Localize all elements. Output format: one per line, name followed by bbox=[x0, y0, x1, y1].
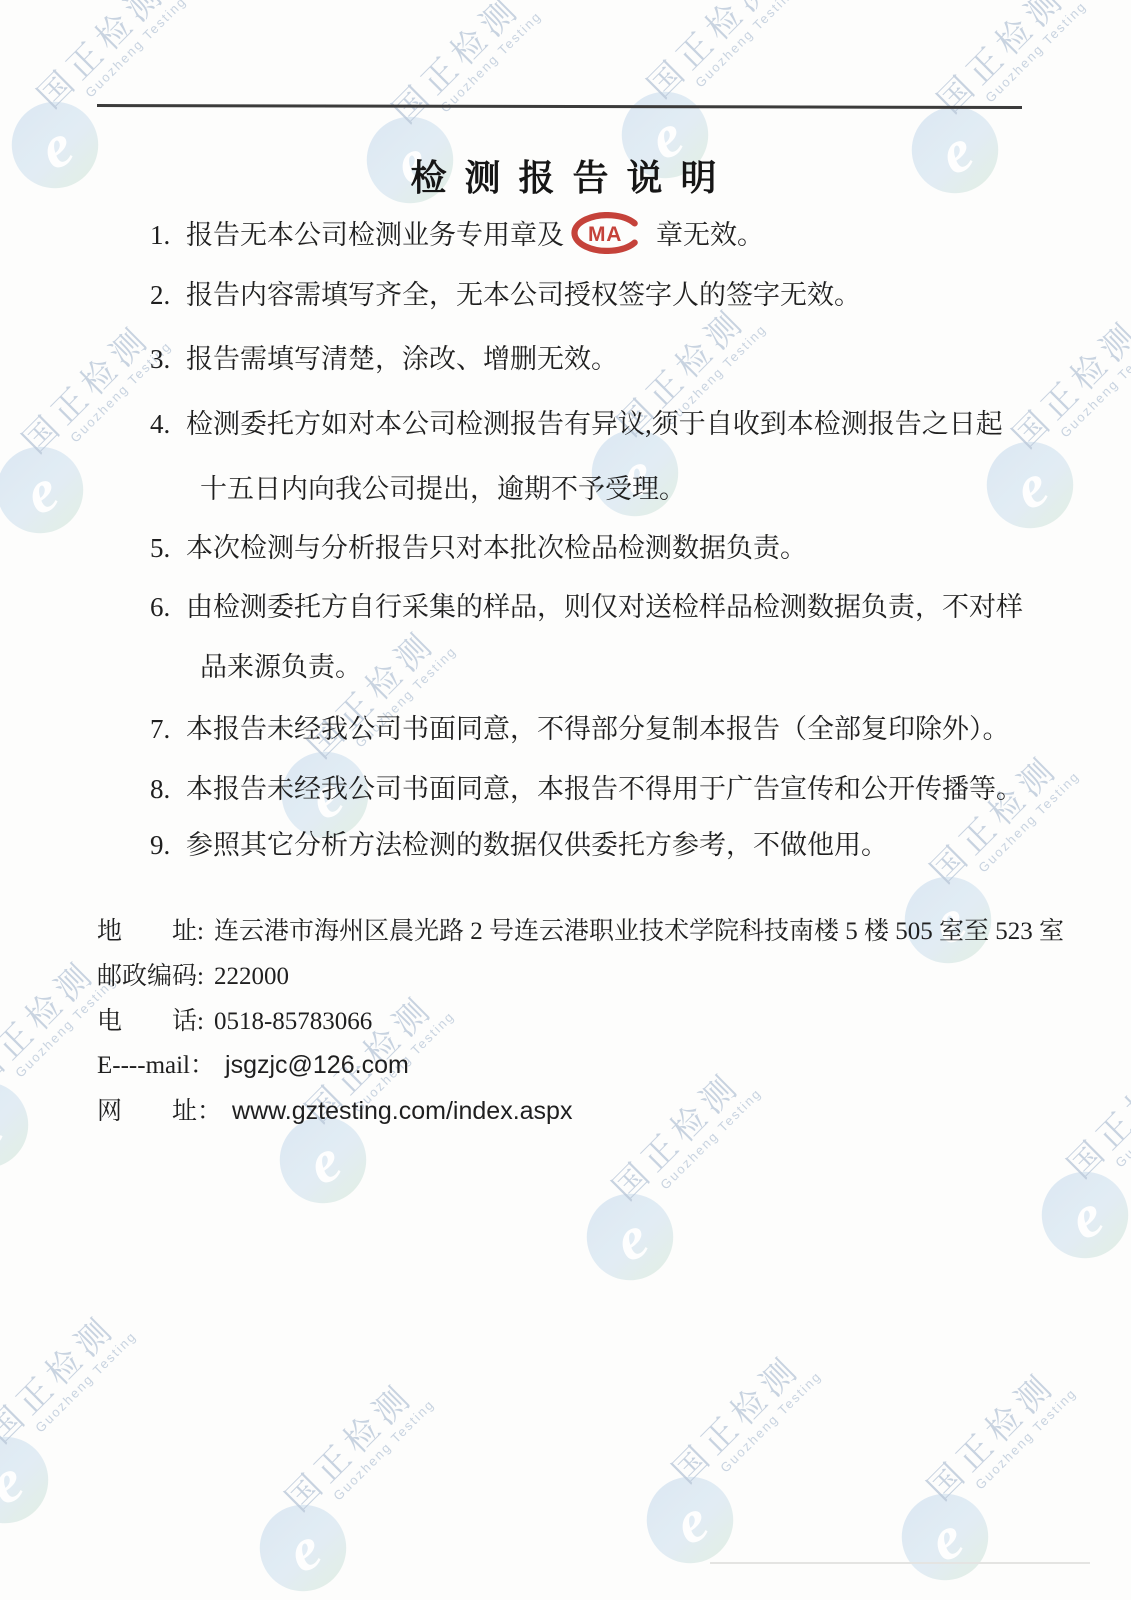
report-note-2: 2.报告内容需填写齐全，无本公司授权签字人的签字无效。 bbox=[150, 278, 861, 312]
address-value: 连云港市海州区晨光路 2 号连云港职业技术学院科技南楼 5 楼 505 室至 5… bbox=[214, 918, 1064, 945]
report-note-7: 7.本报告未经我公司书面同意，不得部分复制本报告（全部复印除外）。 bbox=[150, 712, 1010, 746]
note-text: 报告需填写清楚，涂改、增删无效。 bbox=[186, 344, 618, 374]
email-label: E----mail： bbox=[97, 1050, 215, 1082]
note-text: 本报告未经我公司书面同意，不得部分复制本报告（全部复印除外）。 bbox=[186, 714, 1010, 744]
note-text: 检测委托方如对本公司检测报告有异议,须于自收到本检测报告之日起 bbox=[186, 409, 1003, 439]
report-note-8: 8.本报告未经我公司书面同意，本报告不得用于广告宣传和公开传播等。 bbox=[150, 772, 1023, 806]
page-content: 检 测 报 告 说 明 1.报告无本公司检测业务专用章及 MA 章无效。 2.报… bbox=[0, 0, 1131, 1600]
report-note-4-continued: 十五日内向我公司提出，逾期不予受理。 bbox=[200, 472, 686, 506]
website-row: 网 址：www.gztesting.com/index.aspx bbox=[97, 1095, 572, 1128]
report-note-5: 5.本次检测与分析报告只对本批次检品检测数据负责。 bbox=[150, 531, 807, 565]
note-number: 8. bbox=[150, 772, 186, 806]
report-note-6-continued: 品来源负责。 bbox=[200, 650, 362, 684]
note-number: 4. bbox=[150, 407, 186, 441]
note-text: 本报告未经我公司书面同意，本报告不得用于广告宣传和公开传播等。 bbox=[186, 774, 1023, 804]
note-text: 品来源负责。 bbox=[200, 652, 362, 682]
note-number: 1. bbox=[150, 218, 186, 252]
address-row: 地 址:连云港市海州区晨光路 2 号连云港职业技术学院科技南楼 5 楼 505 … bbox=[97, 916, 1064, 948]
note-text: 参照其它分析方法检测的数据仅供委托方参考，不做他用。 bbox=[186, 830, 888, 860]
address-label: 地 址: bbox=[97, 916, 204, 948]
report-note-3: 3.报告需填写清楚，涂改、增删无效。 bbox=[150, 342, 618, 376]
note-number: 6. bbox=[150, 590, 186, 624]
note-text: 报告内容需填写齐全，无本公司授权签字人的签字无效。 bbox=[186, 280, 861, 310]
report-note-4: 4.检测委托方如对本公司检测报告有异议,须于自收到本检测报告之日起 bbox=[150, 407, 1003, 441]
page-title: 检 测 报 告 说 明 bbox=[0, 150, 1131, 201]
report-note-6: 6.由检测委托方自行采集的样品，则仅对送检样品检测数据负责，不对样 bbox=[150, 590, 1023, 624]
email-row: E----mail：jsgzjc@126.com bbox=[97, 1049, 409, 1082]
postcode-value: 222000 bbox=[214, 963, 289, 990]
report-note-1: 1.报告无本公司检测业务专用章及 MA 章无效。 bbox=[150, 212, 764, 254]
note-number: 5. bbox=[150, 531, 186, 565]
email-value: jsgzjc@126.com bbox=[225, 1051, 409, 1079]
note-number: 2. bbox=[150, 278, 186, 312]
phone-label: 电 话: bbox=[97, 1006, 204, 1038]
note-number: 7. bbox=[150, 712, 186, 746]
header-rule bbox=[97, 104, 1022, 109]
report-note-9: 9.参照其它分析方法检测的数据仅供委托方参考，不做他用。 bbox=[150, 828, 888, 862]
website-value: www.gztesting.com/index.aspx bbox=[232, 1097, 572, 1125]
postcode-label: 邮政编码: bbox=[97, 961, 204, 993]
note-text: 报告无本公司检测业务专用章及 bbox=[186, 220, 564, 250]
scan-artifact-line bbox=[710, 1562, 1090, 1564]
note-number: 9. bbox=[150, 828, 186, 862]
phone-value: 0518-85783066 bbox=[214, 1008, 372, 1035]
website-label: 网 址： bbox=[97, 1096, 222, 1128]
note-text: 十五日内向我公司提出，逾期不予受理。 bbox=[200, 474, 686, 504]
cma-mark-icon: MA bbox=[570, 212, 648, 254]
note-text: 本次检测与分析报告只对本批次检品检测数据负责。 bbox=[186, 533, 807, 563]
note-text: 章无效。 bbox=[656, 220, 764, 250]
postcode-row: 邮政编码:222000 bbox=[97, 961, 289, 993]
note-text: 由检测委托方自行采集的样品，则仅对送检样品检测数据负责，不对样 bbox=[186, 592, 1023, 622]
svg-text:MA: MA bbox=[588, 223, 622, 246]
phone-row: 电 话:0518-85783066 bbox=[97, 1006, 372, 1038]
scanned-report-page: e 国正检测 Guozheng Testing e 国正检测 Guozheng … bbox=[0, 0, 1131, 1600]
note-number: 3. bbox=[150, 342, 186, 376]
